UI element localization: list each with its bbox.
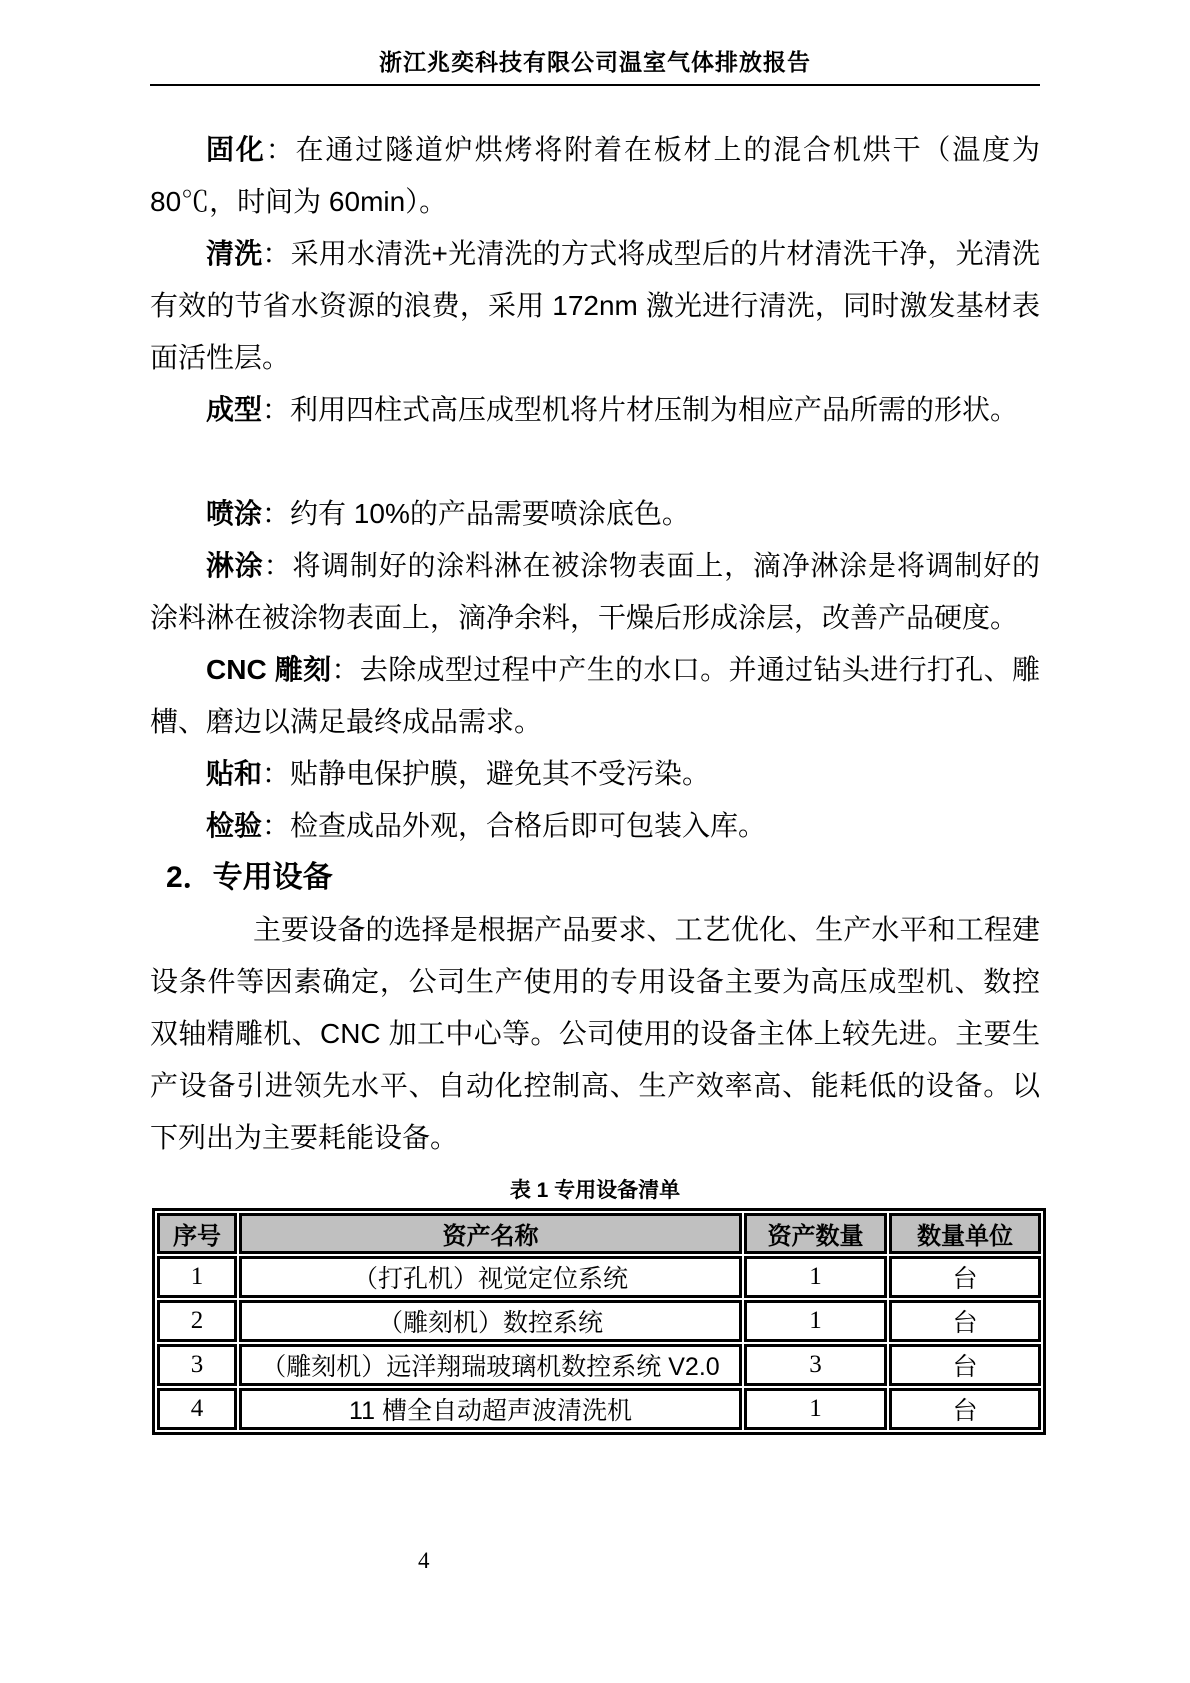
process-label: 成型: [206, 394, 262, 425]
document-title: 浙江兆奕科技有限公司温室气体排放报告: [150, 48, 1040, 76]
process-paragraph: 贴和：贴静电保护膜，避免其不受污染。: [150, 748, 1040, 800]
process-label: CNC 雕刻: [206, 654, 332, 685]
process-text: ：约有 10%的产品需要喷涂底色。: [262, 498, 690, 529]
process-text: ：贴静电保护膜，避免其不受污染。: [262, 758, 710, 789]
equipment-table: 序号 资产名称 资产数量 数量单位 1 （打孔机）视觉定位系统 1 台: [152, 1208, 1046, 1435]
table-header-row: 序号 资产名称 资产数量 数量单位: [157, 1213, 1041, 1254]
process-label: 检验: [206, 810, 262, 841]
process-label: 清洗: [206, 238, 262, 269]
cell-index: 2: [157, 1300, 237, 1342]
process-paragraph: 喷涂：约有 10%的产品需要喷涂底色。: [150, 488, 1040, 540]
process-paragraph: 淋涂：将调制好的涂料淋在被涂物表面上，滴净淋涂是将调制好的涂料淋在被涂物表面上，…: [150, 540, 1040, 644]
process-paragraph: 检验：检查成品外观，合格后即可包装入库。: [150, 800, 1040, 852]
blank-line: [150, 436, 1040, 488]
process-label: 固化: [206, 134, 266, 165]
column-header-asset-qty: 资产数量: [744, 1213, 887, 1254]
equipment-table-body: 1 （打孔机）视觉定位系统 1 台 2 （雕刻机）数控系统 1 台 3: [157, 1256, 1041, 1430]
cell-asset-name: （打孔机）视觉定位系统: [239, 1256, 742, 1298]
cell-asset-name: （雕刻机）远洋翔瑞玻璃机数控系统 V2.0: [239, 1344, 742, 1386]
cell-asset-qty: 1: [744, 1388, 887, 1430]
process-text: ：采用水清洗+光清洗的方式将成型后的片材清洗干净，光清洗有效的节省水资源的浪费，…: [150, 238, 1040, 373]
process-text: ：在通过隧道炉烘烤将附着在板材上的混合机烘干（温度为80℃，时间为 60min）…: [150, 134, 1040, 217]
process-text: ：将调制好的涂料淋在被涂物表面上，滴净淋涂是将调制好的涂料淋在被涂物表面上，滴净…: [150, 550, 1040, 633]
cell-index: 3: [157, 1344, 237, 1386]
process-paragraph: 清洗：采用水清洗+光清洗的方式将成型后的片材清洗干净，光清洗有效的节省水资源的浪…: [150, 228, 1040, 384]
table-row: 4 11 槽全自动超声波清洗机 1 台: [157, 1388, 1041, 1430]
document-body: 固化：在通过隧道炉烘烤将附着在板材上的混合机烘干（温度为80℃，时间为 60mi…: [150, 86, 1040, 1435]
process-text: ：检查成品外观，合格后即可包装入库。: [262, 810, 766, 841]
process-text: ：利用四柱式高压成型机将片材压制为相应产品所需的形状。: [262, 394, 1018, 425]
cell-qty-unit: 台: [889, 1256, 1041, 1298]
process-paragraph: CNC 雕刻：去除成型过程中产生的水口。并通过钻头进行打孔、雕槽、磨边以满足最终…: [150, 644, 1040, 748]
cell-asset-qty: 1: [744, 1300, 887, 1342]
page-footer: 4: [418, 1548, 430, 1574]
cell-qty-unit: 台: [889, 1388, 1041, 1430]
cell-asset-name: （雕刻机）数控系统: [239, 1300, 742, 1342]
document-page: 浙江兆奕科技有限公司温室气体排放报告 固化：在通过隧道炉烘烤将附着在板材上的混合…: [0, 0, 1190, 1683]
process-label: 喷涂: [206, 498, 262, 529]
column-header-index: 序号: [157, 1213, 237, 1254]
cell-qty-unit: 台: [889, 1300, 1041, 1342]
column-header-qty-unit: 数量单位: [889, 1213, 1041, 1254]
cell-asset-name: 11 槽全自动超声波清洗机: [239, 1388, 742, 1430]
table-row: 3 （雕刻机）远洋翔瑞玻璃机数控系统 V2.0 3 台: [157, 1344, 1041, 1386]
cell-index: 1: [157, 1256, 237, 1298]
process-label: 贴和: [206, 758, 262, 789]
cell-asset-qty: 1: [744, 1256, 887, 1298]
process-paragraph: 固化：在通过隧道炉烘烤将附着在板材上的混合机烘干（温度为80℃，时间为 60mi…: [150, 124, 1040, 228]
table-row: 2 （雕刻机）数控系统 1 台: [157, 1300, 1041, 1342]
table-row: 1 （打孔机）视觉定位系统 1 台: [157, 1256, 1041, 1298]
cell-index: 4: [157, 1388, 237, 1430]
column-header-asset-name: 资产名称: [239, 1213, 742, 1254]
equipment-table-head: 序号 资产名称 资产数量 数量单位: [157, 1213, 1041, 1254]
page-number: 4: [418, 1548, 430, 1573]
cell-asset-qty: 3: [744, 1344, 887, 1386]
section-heading: 2．专用设备: [150, 852, 1040, 904]
page-header: 浙江兆奕科技有限公司温室气体排放报告: [150, 0, 1040, 86]
process-paragraph: 成型：利用四柱式高压成型机将片材压制为相应产品所需的形状。: [150, 384, 1040, 436]
process-label: 淋涂: [206, 550, 264, 581]
cell-qty-unit: 台: [889, 1344, 1041, 1386]
section-paragraph: 主要设备的选择是根据产品要求、工艺优化、生产水平和工程建设条件等因素确定，公司生…: [150, 904, 1040, 1164]
table-caption: 表 1 专用设备清单: [150, 1176, 1040, 1206]
